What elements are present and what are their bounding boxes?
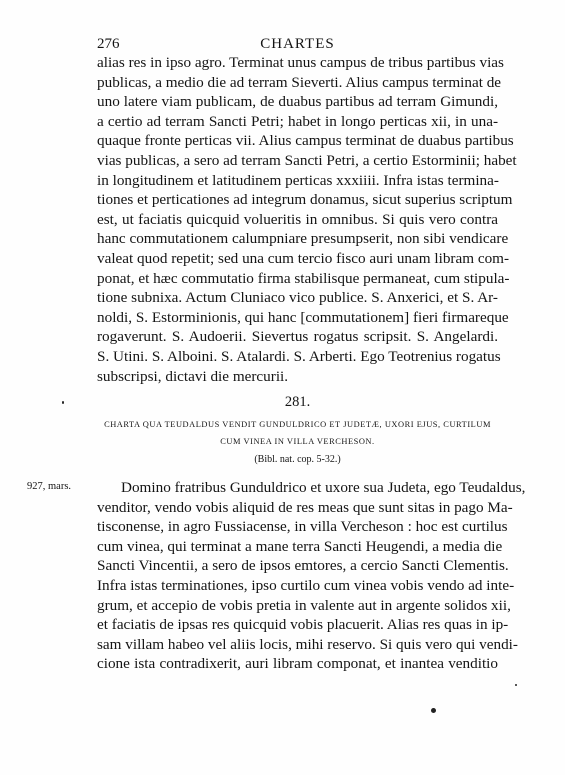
running-title: CHARTES xyxy=(97,36,498,53)
text-line: Sancti Vincentii, a sero de ipsos emtore… xyxy=(97,556,498,576)
text-line: tisconense, in agro Fussiacense, in vill… xyxy=(97,517,498,537)
text-line: grum, et accepio de vobis pretia in vale… xyxy=(97,596,498,616)
text-line: est, ut faciatis quicquid volueritis in … xyxy=(97,210,498,230)
text-line: uno latere viam publicam, de duabus part… xyxy=(97,92,498,112)
text-line: tiones et perticationes ad integrum dona… xyxy=(97,190,498,210)
text-line: tione subnixa. Actum Cluniaco vico publi… xyxy=(97,288,498,308)
text-line: et faciatis de ipsas res quicquid vobis … xyxy=(97,615,498,635)
text-line: noldi, S. Estorminionis, qui hanc [commu… xyxy=(97,308,498,328)
paragraph-continued: alias res in ipso agro. Terminat unus ca… xyxy=(97,53,498,386)
text-line: hanc commutationem calumpniare presumpse… xyxy=(97,229,498,249)
text-line: publicas, a medio die ad terram Sieverti… xyxy=(97,73,498,93)
text-line: a certio ad terram Sancti Petri; habet i… xyxy=(97,112,498,132)
scan-speck xyxy=(431,708,436,713)
text-line: cione ista contradixerit, auri libram co… xyxy=(97,654,498,674)
text-line: rogaverunt. S. Audoerii. Sievertus rogat… xyxy=(97,327,498,347)
text-line: ponat, et hæc commutatio firma stabilisq… xyxy=(97,269,498,289)
charter-heading-line: cum vinea in villa Vercheson. xyxy=(97,433,498,450)
scan-speck xyxy=(62,401,64,404)
source-citation: (Bibl. nat. cop. 5-32.) xyxy=(97,454,498,465)
charter-heading-line: Charta qua Teudaldus vendit Gunduldrico … xyxy=(97,416,498,433)
margin-date: 927, mars. xyxy=(27,481,71,492)
text-line: alias res in ipso agro. Terminat unus ca… xyxy=(97,53,498,73)
charter-text: Domino fratribus Gunduldrico et uxore su… xyxy=(97,478,498,674)
text-line: valeat quod repetit; sed una cum tercio … xyxy=(97,249,498,269)
text-line: S. Utini. S. Alboini. S. Atalardi. S. Ar… xyxy=(97,347,498,367)
book-page: 276 CHARTES alias res in ipso agro. Term… xyxy=(0,0,565,775)
text-line: sam villam habeo vel aliis locis, mihi r… xyxy=(97,635,498,655)
text-line: subscripsi, dictavi die mercurii. xyxy=(97,367,498,387)
text-line: Infra istas terminationes, ipso curtilo … xyxy=(97,576,498,596)
scan-speck xyxy=(515,684,517,686)
text-line: in longitudinem et latitudinem perticas … xyxy=(97,171,498,191)
text-line: quaque fronte perticas vii. Alius campus… xyxy=(97,131,498,151)
text-line: vias publicas, a sero ad terram Sancti P… xyxy=(97,151,498,171)
text-line: venditor, vendo vobis aliquid de res mea… xyxy=(97,498,498,518)
charter-heading: Charta qua Teudaldus vendit Gunduldrico … xyxy=(97,416,498,450)
text-line: cum vinea, qui terminat a mane terra San… xyxy=(97,537,498,557)
charter-number: 281. xyxy=(97,394,498,411)
text-line: Domino fratribus Gunduldrico et uxore su… xyxy=(97,478,498,498)
